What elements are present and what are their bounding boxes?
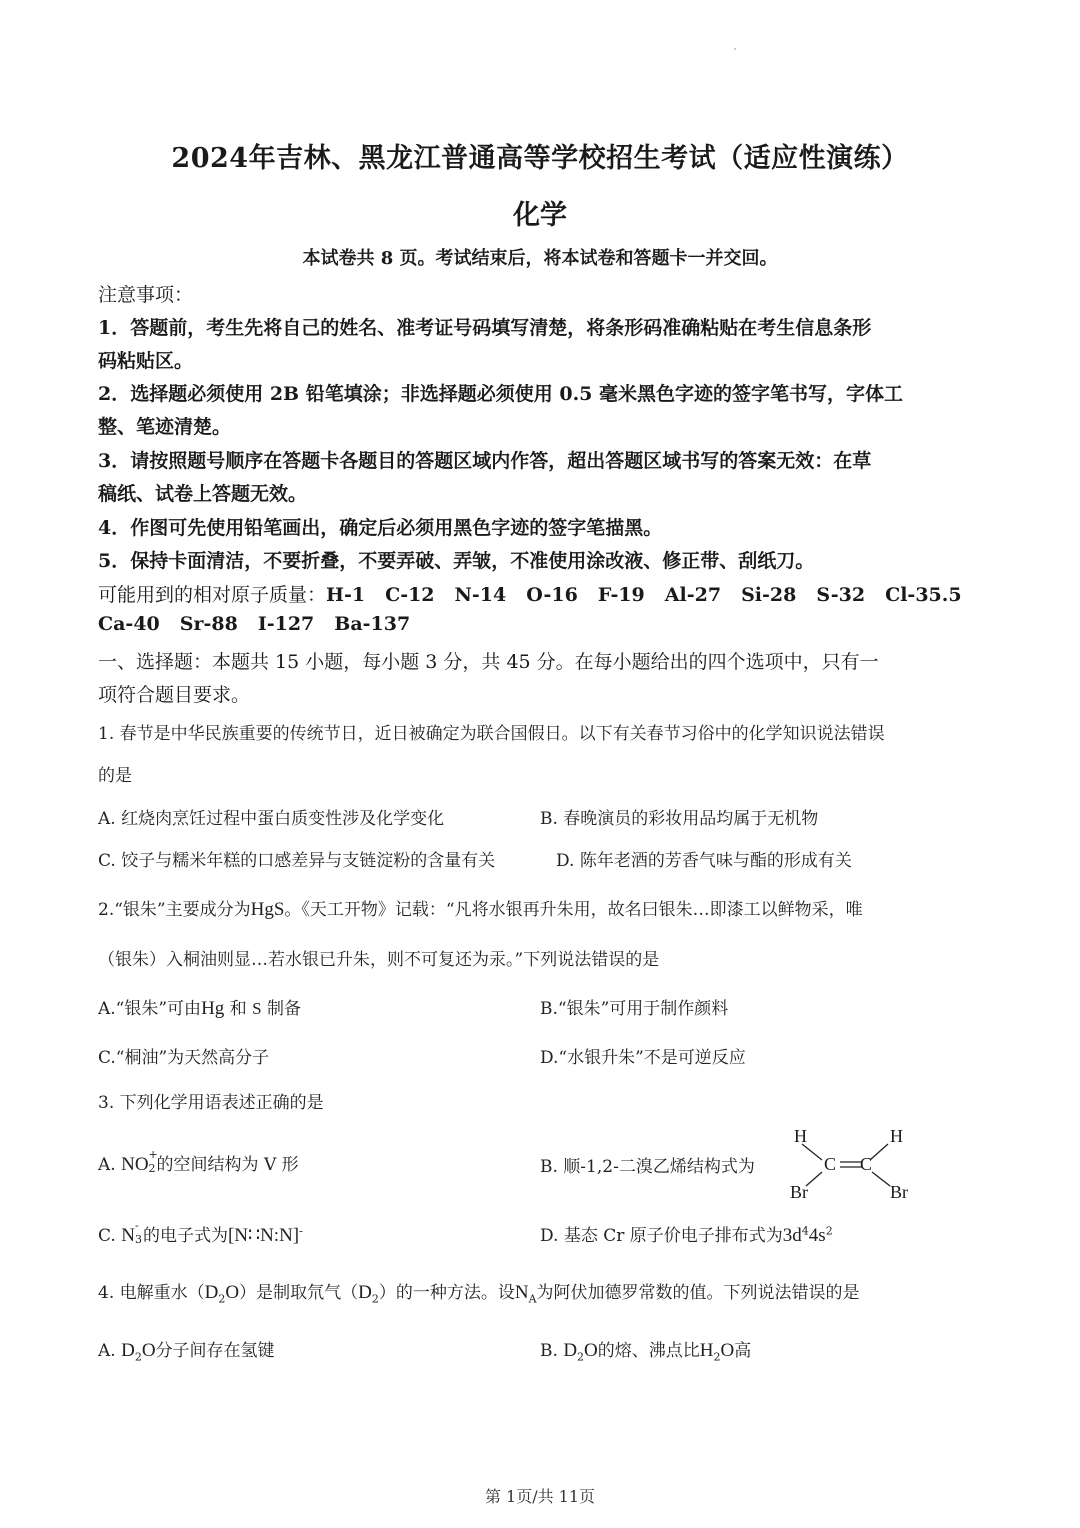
option-text: 和 <box>224 999 252 1019</box>
formula-d2o: D <box>563 1340 577 1361</box>
option-text: 高 <box>734 1341 751 1361</box>
formula-s: S <box>252 999 261 1018</box>
atomic-mass: Ba-137 <box>334 613 410 635</box>
formula-na: N <box>515 1282 529 1303</box>
q4-stem-text: ）是制取氘气（ <box>239 1283 358 1303</box>
q3-option-b: B. 顺-1,2-二溴乙烯结构式为 <box>540 1152 755 1177</box>
atomic-masses-label: 可能用到的相对原子质量： <box>98 584 326 606</box>
q2-stem-line-2: （银朱）入桐油则显…若水银已升朱，则不可复还为汞。”下列说法错误的是 <box>98 945 659 970</box>
option-text: 的电子式为 <box>143 1226 228 1246</box>
atomic-mass: S-32 <box>816 584 865 606</box>
config-sup: 4 <box>802 1224 809 1237</box>
formula-sub: 3 <box>135 1233 142 1246</box>
q2-stem-text: 。《天工开物》记载：“凡将水银再升朱用，故名曰银朱…即漆工以鲜物采，唯 <box>284 900 862 920</box>
lewis-structure: [N∷N:N] <box>228 1225 299 1246</box>
electron-config: 4s <box>809 1225 826 1246</box>
notes-heading: 注意事项： <box>98 280 193 307</box>
formula-d2o: D <box>205 1282 219 1303</box>
atom-h: H <box>794 1126 807 1147</box>
formula-hg: Hg <box>201 998 224 1019</box>
formula-sub: 2 <box>135 1350 142 1363</box>
page-indicator: 第 1页/共 11页 <box>0 1484 1080 1507</box>
subject-title: 化学 <box>0 193 1080 232</box>
section-heading-line-1: 一、选择题：本题共 15 小题，每小题 3 分，共 45 分。在每小题给出的四个… <box>98 647 879 674</box>
formula-d2o: O <box>142 1340 156 1361</box>
q4-option-a: A. D2O分子间存在氢键 <box>98 1336 275 1363</box>
q4-stem-text: 4. 电解重水（ <box>98 1283 205 1303</box>
note-2-line-1: 2．选择题必须使用 2B 铅笔填涂；非选择题必须使用 0.5 毫米黑色字迹的签字… <box>98 379 903 406</box>
q1-option-d: D. 陈年老酒的芳香气味与酯的形成有关 <box>556 846 852 871</box>
formula-h2o: H <box>700 1340 714 1361</box>
atomic-masses-row-2: Ca-40Sr-88I-127Ba-137 <box>98 613 430 635</box>
q2-option-b: B.“银朱”可用于制作颜料 <box>540 994 728 1019</box>
cis-dibromoethene-structure: H H C C Br Br <box>788 1126 918 1206</box>
charge-sup: - <box>299 1224 303 1237</box>
option-text: 的空间结构为 V 形 <box>157 1155 299 1175</box>
q1-option-a: A. 红烧肉烹饪过程中蛋白质变性涉及化学变化 <box>98 804 444 829</box>
atom-br: Br <box>790 1182 808 1203</box>
atomic-mass: Ca-40 <box>98 613 160 635</box>
atomic-masses-row-1: 可能用到的相对原子质量：H-1C-12N-14O-16F-19Al-27Si-2… <box>98 580 982 607</box>
note-2-line-2: 整、笔迹清楚。 <box>98 412 231 439</box>
formula-no2: NO <box>121 1154 148 1175</box>
formula-hgs: HgS <box>251 899 285 920</box>
electron-config: 3d <box>783 1225 802 1246</box>
atomic-mass: N-14 <box>455 584 507 606</box>
q3-option-a: A. NO+2的空间结构为 V 形 <box>98 1150 299 1176</box>
atom-h: H <box>890 1126 903 1147</box>
q3-option-d: D. 基态 Cr 原子价电子排布式为3d44s2 <box>540 1221 833 1247</box>
note-4: 4．作图可先使用铅笔画出，确定后必须用黑色字迹的签字笔描黑。 <box>98 513 662 540</box>
formula-d2o: O <box>584 1340 598 1361</box>
option-text: D. 基态 Cr 原子价电子排布式为 <box>540 1226 783 1246</box>
q2-stem-line-1: 2.“银朱”主要成分为HgS。《天工开物》记载：“凡将水银再升朱用，故名曰银朱…… <box>98 895 863 921</box>
note-1-line-2: 码粘贴区。 <box>98 346 193 373</box>
formula-d2o: O <box>225 1282 239 1303</box>
option-text: A.“银朱”可由 <box>98 999 201 1019</box>
charge-sup: + <box>149 1148 158 1161</box>
q1-option-b: B. 春晚演员的彩妆用品均属于无机物 <box>540 804 818 829</box>
q4-stem-text: ）的一种方法。设 <box>379 1283 515 1303</box>
q4-option-b: B. D2O的熔、沸点比H2O高 <box>540 1336 751 1363</box>
q4-stem-text: 为阿伏加德罗常数的值。下列说法错误的是 <box>537 1283 860 1303</box>
formula-sub: 2 <box>149 1162 156 1175</box>
atomic-mass: O-16 <box>526 584 578 606</box>
q2-option-a: A.“银朱”可由Hg 和 S 制备 <box>98 994 301 1020</box>
formula-n3: N <box>121 1225 135 1246</box>
atomic-mass: C-12 <box>385 584 434 606</box>
section-heading-line-2: 项符合题目要求。 <box>98 680 250 707</box>
q1-option-c: C. 饺子与糯米年糕的口感差异与支链淀粉的含量有关 <box>98 846 495 871</box>
q3-stem: 3. 下列化学用语表述正确的是 <box>98 1088 324 1113</box>
q3-option-c: C. N-3的电子式为[N∷N:N]- <box>98 1221 303 1247</box>
atomic-mass: Cl-35.5 <box>885 584 962 606</box>
exam-title: 2024年吉林、黑龙江普通高等学校招生考试（适应性演练） <box>0 136 1080 175</box>
q1-stem-line-2: 的是 <box>98 761 132 786</box>
q2-option-c: C.“桐油”为天然高分子 <box>98 1043 269 1068</box>
option-label: A. <box>98 1341 116 1361</box>
formula-sub: 2 <box>372 1292 379 1305</box>
formula-h2o: O <box>721 1340 735 1361</box>
option-text: 制备 <box>262 999 301 1019</box>
exam-page: 2024年吉林、黑龙江普通高等学校招生考试（适应性演练） 化学 本试卷共 8 页… <box>0 0 1080 1528</box>
exam-intro: 本试卷共 8 页。考试结束后，将本试卷和答题卡一并交回。 <box>0 244 1080 270</box>
atomic-mass: I-127 <box>258 613 314 635</box>
atomic-mass: Sr-88 <box>180 613 238 635</box>
atomic-mass: Al-27 <box>665 584 721 606</box>
note-1-line-1: 1．答题前，考生先将自己的姓名、准考证号码填写清楚，将条形码准确粘贴在考生信息条… <box>98 313 871 340</box>
atomic-mass: F-19 <box>598 584 645 606</box>
option-label: A. <box>98 1155 116 1175</box>
formula-d2o: D <box>121 1340 135 1361</box>
option-label: B. <box>540 1341 558 1361</box>
option-text: 的熔、沸点比 <box>598 1341 700 1361</box>
config-sup: 2 <box>826 1224 833 1237</box>
atom-c: C <box>860 1154 872 1175</box>
q4-stem: 4. 电解重水（D2O）是制取氘气（D2）的一种方法。设NA为阿伏加德罗常数的值… <box>98 1278 860 1305</box>
scan-speck <box>734 48 736 50</box>
formula-sub: A <box>529 1292 537 1305</box>
atom-c: C <box>824 1154 836 1175</box>
formula-d2: D <box>358 1282 372 1303</box>
q2-option-d: D.“水银升朱”不是可逆反应 <box>540 1043 746 1068</box>
formula-sub: 2 <box>714 1350 721 1363</box>
atomic-mass: H-1 <box>326 584 365 606</box>
atomic-mass: Si-28 <box>741 584 796 606</box>
note-3-line-2: 稿纸、试卷上答题无效。 <box>98 479 307 506</box>
q2-stem-text: 2.“银朱”主要成分为 <box>98 900 251 920</box>
atom-br: Br <box>890 1182 908 1203</box>
note-5: 5．保持卡面清洁，不要折叠，不要弄破、弄皱，不准使用涂改液、修正带、刮纸刀。 <box>98 546 814 573</box>
note-3-line-1: 3．请按照题号顺序在答题卡各题目的答题区域内作答，超出答题区域书写的答案无效：在… <box>98 446 871 473</box>
q1-stem-line-1: 1. 春节是中华民族重要的传统节日，近日被确定为联合国假日。以下有关春节习俗中的… <box>98 719 885 744</box>
option-text: 分子间存在氢键 <box>156 1341 275 1361</box>
option-label: C. <box>98 1226 116 1246</box>
charge-sup: - <box>135 1219 139 1232</box>
formula-sub: 2 <box>577 1350 584 1363</box>
